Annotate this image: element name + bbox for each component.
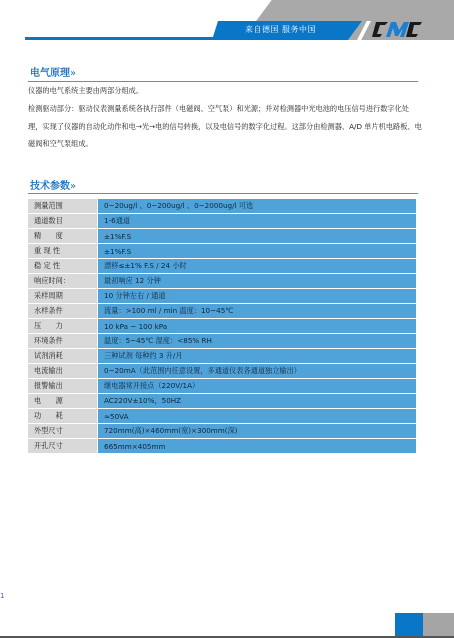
spec-label: 响应时间： xyxy=(28,274,98,288)
spec-value: ≈50VA xyxy=(98,409,416,423)
spec-value: 1-6通道 xyxy=(98,214,416,228)
spec-value: 0~20ug/l 、0~200ug/l 、0~2000ug/l 可选 xyxy=(98,199,416,213)
header-slogan: 来自德国 服务中国 xyxy=(245,24,316,35)
principle-paragraph-2: 检测驱动部分：驱动仪表测量系统各执行部件（电磁阀、空气泵）和光源；并对检测器中光… xyxy=(28,100,423,153)
section-title-principle: 电气原理» xyxy=(30,64,76,79)
spec-label: 采样周期 xyxy=(28,289,98,303)
section-title-specs: 技术参数» xyxy=(30,177,76,192)
spec-label: 通道数目 xyxy=(28,214,98,228)
double-chevron-icon: » xyxy=(70,68,76,79)
spec-value: 665mm×405mm xyxy=(98,439,416,453)
spec-value: ±1%F.S xyxy=(98,229,416,243)
table-row: 测量范围0~20ug/l 、0~200ug/l 、0~2000ug/l 可选 xyxy=(28,199,416,213)
spec-value: 三种试剂 每种约 3 升/月 xyxy=(98,349,416,363)
double-chevron-icon: » xyxy=(70,181,76,192)
table-row: 报警输出继电器常开接点（220V/1A） xyxy=(28,379,416,393)
spec-label: 功 耗 xyxy=(28,409,98,423)
page-number: 1 xyxy=(0,592,4,600)
table-row: 电 源AC220V±10%，50HZ xyxy=(28,394,416,408)
spec-label: 测量范围 xyxy=(28,199,98,213)
spec-label: 试剂消耗 xyxy=(28,349,98,363)
spec-label: 外型尺寸 xyxy=(28,424,98,438)
table-row: 环境条件温度：5~45℃ 湿度：<85% RH xyxy=(28,334,416,348)
table-row: 采样周期10 分钟左右 / 通道 xyxy=(28,289,416,303)
spec-value: 流量：>100 ml / min 温度：10~45℃ xyxy=(98,304,416,318)
spec-value: AC220V±10%，50HZ xyxy=(98,394,416,408)
company-logo-icon xyxy=(372,21,424,37)
footer-blue-block xyxy=(395,613,423,636)
spec-label: 压 力 xyxy=(28,319,98,333)
spec-value: 温度：5~45℃ 湿度：<85% RH xyxy=(98,334,416,348)
spec-label: 水样条件 xyxy=(28,304,98,318)
section-divider xyxy=(28,193,418,194)
spec-value: ±1%F.S xyxy=(98,244,416,258)
principle-paragraph-1: 仪器的电气系统主要由两部分组成。 xyxy=(28,82,423,100)
spec-label: 精 度 xyxy=(28,229,98,243)
table-row: 电流输出0~20mA（此范围内任意设置，多通道仪表各通道独立输出） xyxy=(28,364,416,378)
table-row: 功 耗≈50VA xyxy=(28,409,416,423)
table-row: 精 度±1%F.S xyxy=(28,229,416,243)
spec-value: 10 分钟左右 / 通道 xyxy=(98,289,416,303)
spec-label: 电 源 xyxy=(28,394,98,408)
spec-label: 稳 定 性 xyxy=(28,259,98,273)
table-row: 外型尺寸720mm(高)×460mm(宽)×300mm(深) xyxy=(28,424,416,438)
table-row: 重 现 性±1%F.S xyxy=(28,244,416,258)
table-row: 响应时间：最初响应 12 分钟 xyxy=(28,274,416,288)
spec-table: 测量范围0~20ug/l 、0~200ug/l 、0~2000ug/l 可选 通… xyxy=(28,198,416,454)
spec-label: 环境条件 xyxy=(28,334,98,348)
section-title-text: 技术参数 xyxy=(30,181,70,192)
spec-label: 重 现 性 xyxy=(28,244,98,258)
table-row: 通道数目1-6通道 xyxy=(28,214,416,228)
spec-value: 720mm(高)×460mm(宽)×300mm(深) xyxy=(98,424,416,438)
spec-label: 报警输出 xyxy=(28,379,98,393)
header-blue-rule xyxy=(25,37,220,40)
spec-value: 10 kPa ~ 100 kPa xyxy=(98,319,416,333)
spec-value: 最初响应 12 分钟 xyxy=(98,274,416,288)
table-row: 试剂消耗三种试剂 每种约 3 升/月 xyxy=(28,349,416,363)
table-row: 稳 定 性漂移≤±1% F.S / 24 小时 xyxy=(28,259,416,273)
spec-value: 漂移≤±1% F.S / 24 小时 xyxy=(98,259,416,273)
footer-gray-block xyxy=(423,613,454,636)
spec-value: 继电器常开接点（220V/1A） xyxy=(98,379,416,393)
spec-label: 电流输出 xyxy=(28,364,98,378)
table-row: 压 力10 kPa ~ 100 kPa xyxy=(28,319,416,333)
spec-value: 0~20mA（此范围内任意设置，多通道仪表各通道独立输出） xyxy=(98,364,416,378)
section-title-text: 电气原理 xyxy=(30,68,70,79)
table-row: 开孔尺寸665mm×405mm xyxy=(28,439,416,453)
spec-label: 开孔尺寸 xyxy=(28,439,98,453)
table-row: 水样条件流量：>100 ml / min 温度：10~45℃ xyxy=(28,304,416,318)
